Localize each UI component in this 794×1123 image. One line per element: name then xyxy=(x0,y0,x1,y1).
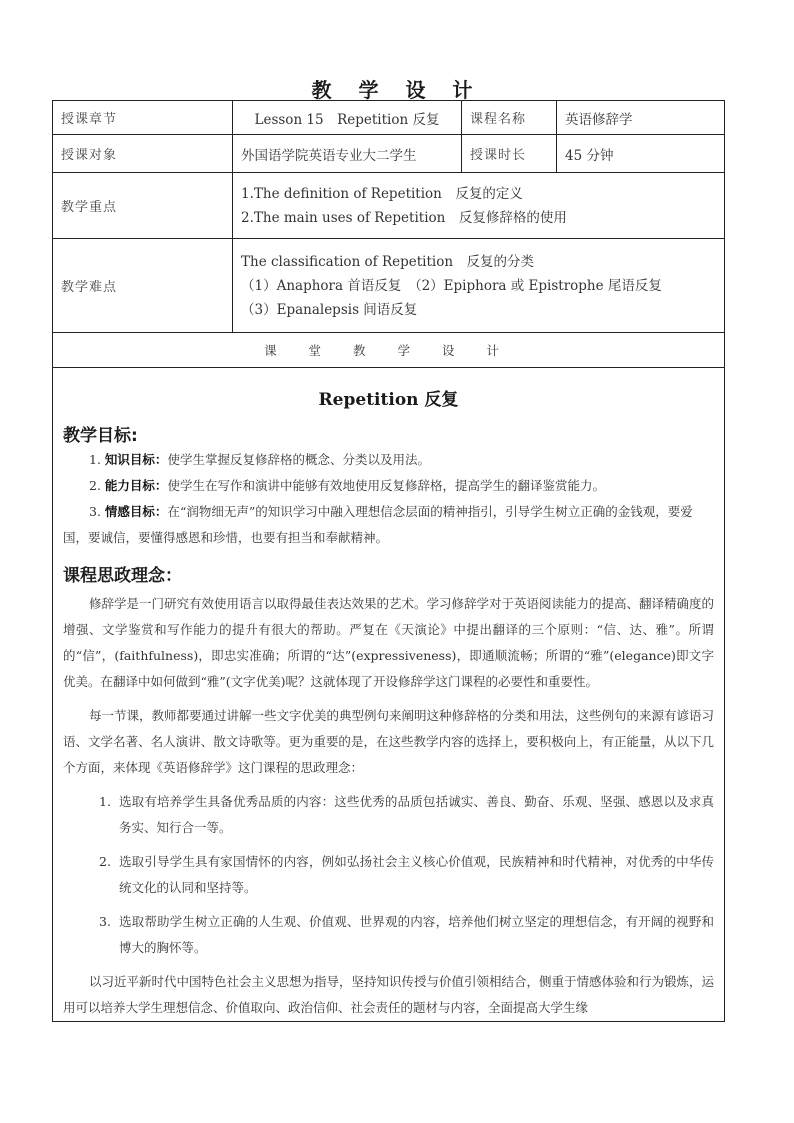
difficulty-line: （3）Epanalepsis 间语反复 xyxy=(241,298,716,322)
goal-text: 使学生在写作和演讲中能够有效地使用反复修辞格，提高学生的翻译鉴赏能力。 xyxy=(167,478,605,493)
lesson-subtitle: Repetition 反复 xyxy=(63,385,714,411)
lesson-design-body: Repetition 反复 教学目标: 1. 知识目标：使学生掌握反复修辞格的概… xyxy=(52,367,725,1022)
list-number: 2. xyxy=(63,849,119,901)
label-duration: 授课时长 xyxy=(462,135,557,173)
label-difficulties: 教学难点 xyxy=(53,239,233,333)
value-key-points: 1.The definition of Repetition 反复的定义 2.T… xyxy=(233,173,725,239)
goal-label: 知识目标： xyxy=(105,452,168,467)
label-key-points: 教学重点 xyxy=(53,173,233,239)
goal-label: 能力目标： xyxy=(105,478,168,493)
closing-paragraph: 以习近平新时代中国特色社会主义思想为指导，坚持知识传授与价值引领相结合，侧重于情… xyxy=(63,969,714,1021)
document-title: 教 学 设 计 xyxy=(0,74,794,103)
list-item: 1. 选取有培养学生具备优秀品质的内容：这些优秀的品质包括诚实、善良、勤奋、乐观… xyxy=(63,789,714,841)
key-point-line: 2.The main uses of Repetition 反复修辞格的使用 xyxy=(241,206,716,230)
value-difficulties: The classification of Repetition 反复的分类 （… xyxy=(233,239,725,333)
difficulty-line: The classification of Repetition 反复的分类 xyxy=(241,250,716,274)
value-duration: 45 分钟 xyxy=(557,135,725,173)
goal-label: 情感目标： xyxy=(105,504,168,519)
goal-item-emotion: 3. 情感目标：在“润物细无声”的知识学习中融入理想信念层面的精神指引，引导学生… xyxy=(63,499,714,551)
label-chapter: 授课章节 xyxy=(53,101,233,135)
list-item: 2. 选取引导学生具有家国情怀的内容，例如弘扬社会主义核心价值观，民族精神和时代… xyxy=(63,849,714,901)
list-text: 选取有培养学生具备优秀品质的内容：这些优秀的品质包括诚实、善良、勤奋、乐观、坚强… xyxy=(119,789,714,841)
ideology-paragraph: 修辞学是一门研究有效使用语言以取得最佳表达效果的艺术。学习修辞学对于英语阅读能力… xyxy=(63,591,714,695)
table-row-difficulties: 教学难点 The classification of Repetition 反复… xyxy=(53,239,725,333)
course-info-table: 授课章节 Lesson 15 Repetition 反复 课程名称 英语修辞学 … xyxy=(52,100,725,368)
key-point-line: 1.The definition of Repetition 反复的定义 xyxy=(241,182,716,206)
teaching-goals-heading: 教学目标: xyxy=(63,421,714,447)
difficulty-line: （1）Anaphora 首语反复 （2）Epiphora 或 Epistroph… xyxy=(241,274,716,298)
label-course-name: 课程名称 xyxy=(462,101,557,135)
list-text: 选取帮助学生树立正确的人生观、价值观、世界观的内容，培养他们树立坚定的理想信念，… xyxy=(119,909,714,961)
table-row-chapter: 授课章节 Lesson 15 Repetition 反复 课程名称 英语修辞学 xyxy=(53,101,725,135)
goal-item-ability: 2. 能力目标：使学生在写作和演讲中能够有效地使用反复修辞格，提高学生的翻译鉴赏… xyxy=(63,473,714,499)
table-row-key-points: 教学重点 1.The definition of Repetition 反复的定… xyxy=(53,173,725,239)
goal-text: 使学生掌握反复修辞格的概念、分类以及用法。 xyxy=(167,452,430,467)
ideology-list: 1. 选取有培养学生具备优秀品质的内容：这些优秀的品质包括诚实、善良、勤奋、乐观… xyxy=(63,789,714,961)
list-number: 1. xyxy=(63,789,119,841)
value-chapter: Lesson 15 Repetition 反复 xyxy=(233,101,462,135)
goal-number: 2. xyxy=(89,478,101,493)
list-text: 选取引导学生具有家国情怀的内容，例如弘扬社会主义核心价值观，民族精神和时代精神，… xyxy=(119,849,714,901)
goal-number: 3. xyxy=(89,504,101,519)
goal-item-knowledge: 1. 知识目标：使学生掌握反复修辞格的概念、分类以及用法。 xyxy=(63,447,714,473)
value-course-name: 英语修辞学 xyxy=(557,101,725,135)
ideology-paragraph: 每一节课，教师都要通过讲解一些文字优美的典型例句来阐明这种修辞格的分类和用法，这… xyxy=(63,703,714,781)
ideology-heading: 课程思政理念： xyxy=(63,561,714,587)
table-row-section-banner: 课 堂 教 学 设 计 xyxy=(53,333,725,368)
goal-number: 1. xyxy=(89,452,101,467)
table-row-audience: 授课对象 外国语学院英语专业大二学生 授课时长 45 分钟 xyxy=(53,135,725,173)
value-audience: 外国语学院英语专业大二学生 xyxy=(233,135,462,173)
section-banner: 课 堂 教 学 设 计 xyxy=(53,333,725,368)
list-number: 3. xyxy=(63,909,119,961)
list-item: 3. 选取帮助学生树立正确的人生观、价值观、世界观的内容，培养他们树立坚定的理想… xyxy=(63,909,714,961)
label-audience: 授课对象 xyxy=(53,135,233,173)
teaching-goals-list: 1. 知识目标：使学生掌握反复修辞格的概念、分类以及用法。 2. 能力目标：使学… xyxy=(63,447,714,551)
